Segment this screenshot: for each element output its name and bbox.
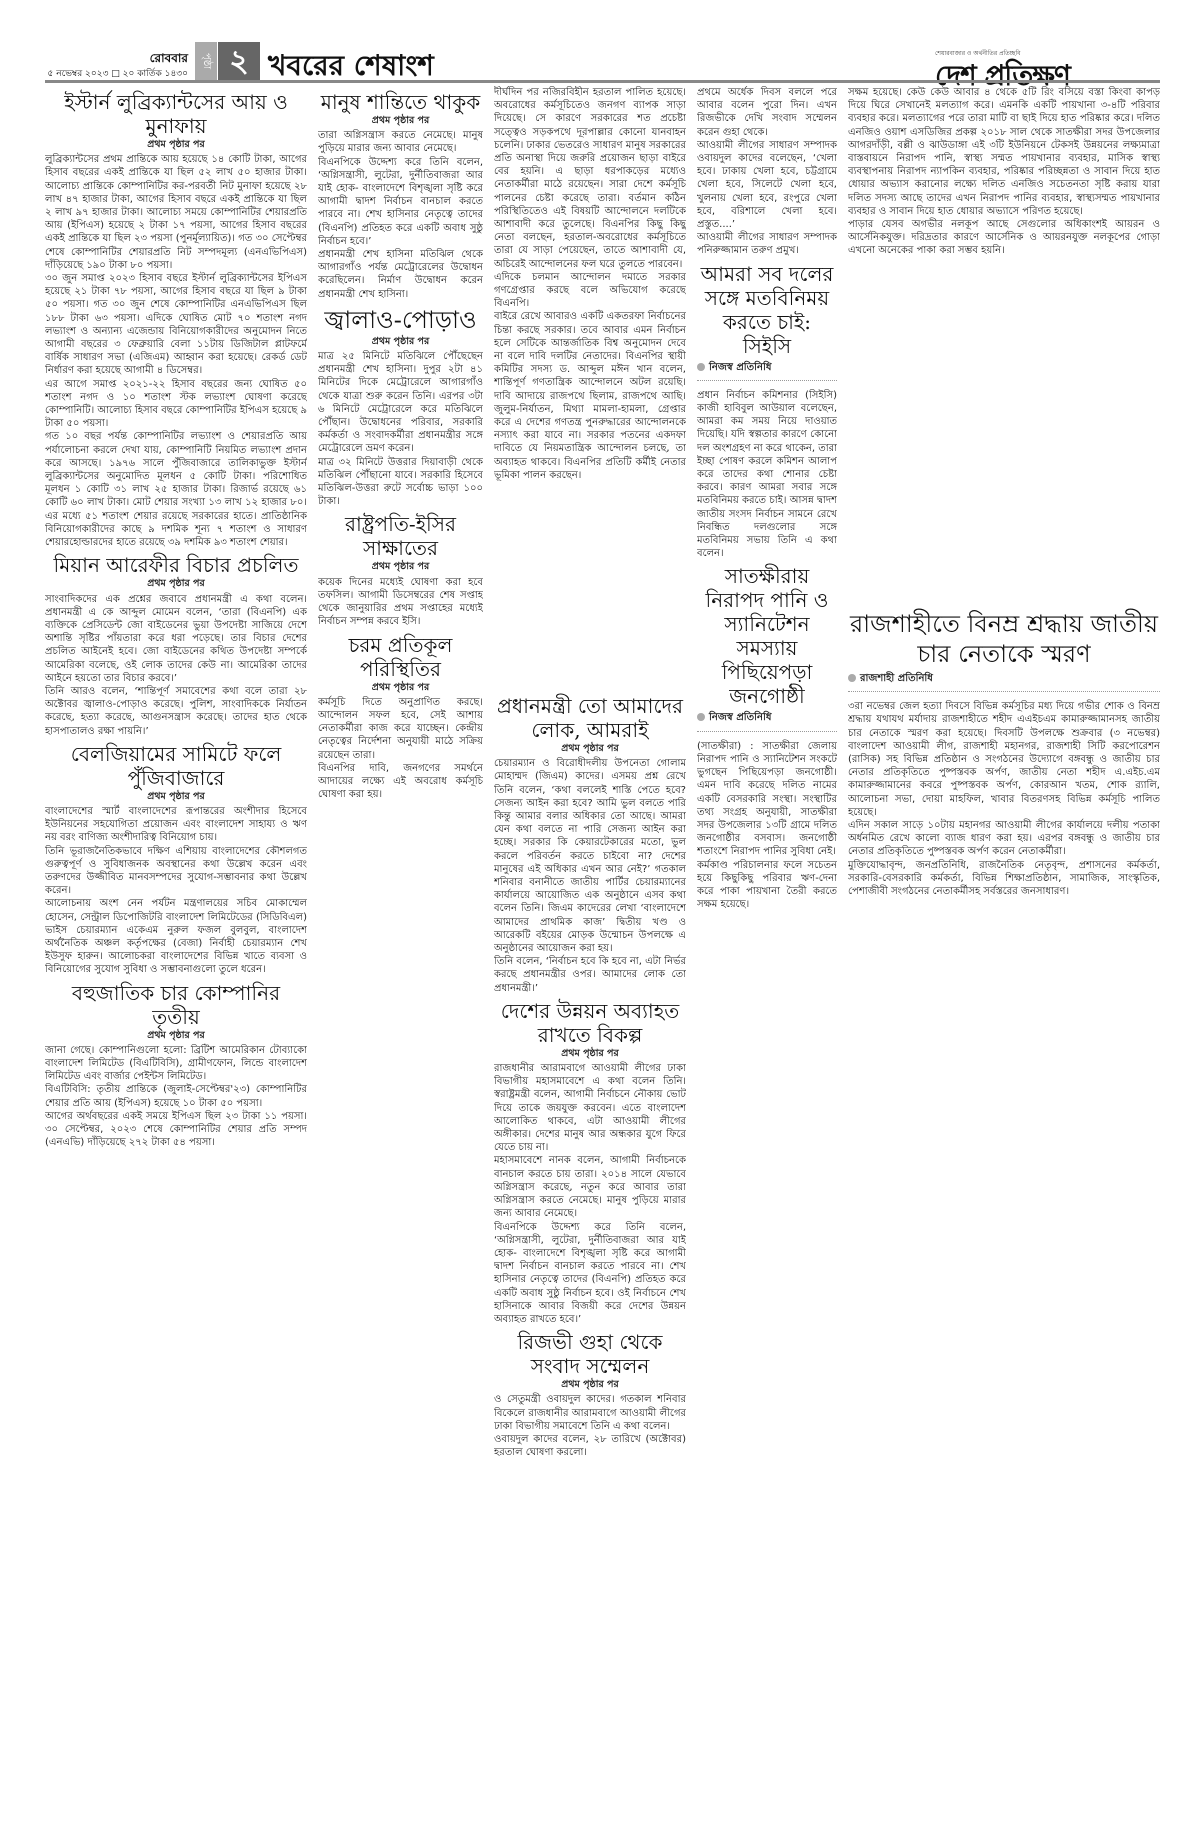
headline: সাতক্ষীরায় নিরাপদ পানি ও স্যানিটেশন সমস… — [697, 564, 837, 708]
bullet-icon — [697, 363, 705, 371]
byline-text: নিজস্ব প্রতিনিধি — [709, 362, 771, 373]
article-eastern-lubricants: ইস্টার্ন লুব্রিক্যান্টসের আয় ও মুনাফায়… — [45, 90, 307, 549]
article-rizvi: রিজভী গুহা থেকে সংবাদ সম্মেলন প্রথম পৃষ্… — [494, 1330, 686, 1459]
headline: বেলজিয়ামের সামিটে ফলে পুঁজিবাজারে — [45, 742, 307, 790]
kicker: প্রথম পৃষ্ঠার পর — [45, 1029, 307, 1042]
kicker: প্রথম পৃষ্ঠার পর — [318, 560, 483, 573]
paragraph: মাত্র ৩২ মিনিটে উত্তরার দিয়াবাড়ী থেকে … — [318, 456, 483, 509]
paragraph: (সাতক্ষীরা) : সাতক্ষীরা জেলায় নিরাপদ পা… — [697, 740, 837, 859]
article-belgium-summit: বেলজিয়ামের সামিটে ফলে পুঁজিবাজারে প্রথম… — [45, 742, 307, 977]
paragraph: বিএনপির দাবি, জনগণের সমর্থনে আদায়ের লক্… — [318, 762, 483, 802]
divider — [848, 691, 1160, 692]
paragraph: সক্ষম হয়েছে। কেউ কেউ আবার ৪ থেকে ৫টি রি… — [848, 86, 1160, 218]
headline: ইস্টার্ন লুব্রিক্যান্টসের আয় ও মুনাফায় — [45, 90, 307, 138]
kicker: প্রথম পৃষ্ঠার পর — [318, 681, 483, 694]
masthead: রোববার ৫ নভেম্বর ২০২৩ □ ২০ কার্তিক ১৪৩০ … — [0, 0, 1200, 80]
kicker: প্রথম পৃষ্ঠার পর — [318, 335, 483, 348]
paragraph: লুব্রিক্যান্টসের প্রথম প্রান্তিকে আয় হয… — [45, 153, 307, 272]
byline: নিজস্ব প্রতিনিধি — [697, 711, 837, 724]
byline: রাজশাহী প্রতিনিধি — [848, 672, 1160, 685]
paragraph: বিএনপিকে উদ্দেশ্য করে তিনি বলেন, ‘অগ্নিস… — [494, 1221, 686, 1327]
headline: জ্বালাও-পোড়াও — [318, 305, 483, 335]
column-5-top: সক্ষম হয়েছে। কেউ কেউ আবার ৪ থেকে ৫টি রি… — [848, 86, 1160, 686]
article-rajshahi: রাজশাহীতে বিনম্র শ্রদ্ধায় জাতীয় চার নে… — [848, 609, 1160, 898]
paragraph: কর্মসূচি দিতে অনুপ্রাণিত করছে। আন্দোলন স… — [318, 696, 483, 762]
byline: নিজস্ব প্রতিনিধি — [697, 361, 837, 374]
paragraph: তিনি আরও বলেন, ‘শান্তিপূর্ণ সমাবেশের কথা… — [45, 685, 307, 738]
headline: আমরা সব দলের সঙ্গে মতবিনিময় করতে চাই: স… — [697, 262, 837, 358]
column-3-top: দীর্ঘদিন পর নজিরবিহীন হরতাল পালিত হয়েছে… — [494, 86, 686, 686]
bullet-icon — [697, 713, 705, 721]
issue-date: ৫ নভেম্বর ২০২৩ □ ২০ কার্তিক ১৪৩০ — [48, 66, 188, 81]
headline: রাষ্ট্রপতি-ইসির সাক্ষাতের — [318, 512, 483, 560]
paragraph: বাংলাদেশের স্মার্ট বাংলাদেশের রূপান্তরের… — [45, 805, 307, 845]
headline: প্রধানমন্ত্রী তো আমাদের লোক, আমরাই — [494, 694, 686, 742]
column-4: প্রথমে অর্ধেক দিবস বললে পরে আবার বলেন পু… — [697, 86, 837, 1836]
paragraph: মাত্র ২৫ মিনিটে মতিঝিলে পৌঁছেছেন প্রধানম… — [318, 350, 483, 456]
article-cec: আমরা সব দলের সঙ্গে মতবিনিময় করতে চাই: স… — [697, 262, 837, 561]
kicker: প্রথম পৃষ্ঠার পর — [494, 742, 686, 755]
paragraph: আলোচনায় অংশ নেন পর্যটন মন্ত্রণালয়ের সচ… — [45, 897, 307, 976]
article-development: দেশের উন্নয়ন অব্যাহত রাখতে বিকল্প প্রথম… — [494, 999, 686, 1326]
paragraph: তিনি বলেন, ‘নির্বাচন হবে কি হবে না, এটা … — [494, 955, 686, 995]
divider — [697, 380, 837, 381]
article-multinational-companies: বহুজাতিক চার কোম্পানির তৃতীয় প্রথম পৃষ্… — [45, 981, 307, 1150]
divider — [697, 731, 837, 732]
paragraph: কর্মকাণ্ড পরিচালনার ফলে সচেতন হয়ে কিছুক… — [697, 859, 837, 912]
paragraph: বিএটিবিসি: তৃতীয় প্রান্তিকে (জুলাই-সেপ্… — [45, 1083, 307, 1109]
section-title: খবরের শেষাংশ — [268, 44, 434, 91]
paragraph: রাজধানীর আরামবাগে আওয়ামী লীগের ঢাকা বিভ… — [494, 1062, 686, 1154]
paragraph: এদিকে চলমান আন্দোলন দমাতে সরকার গণগ্রেপ্… — [494, 271, 686, 311]
kicker: প্রথম পৃষ্ঠার পর — [45, 138, 307, 151]
paragraph: জানা গেছে। কোম্পানিগুলো হলো: ব্রিটিশ আমে… — [45, 1044, 307, 1084]
header-rule — [45, 80, 1160, 83]
column-1: ইস্টার্ন লুব্রিক্যান্টসের আয় ও মুনাফায়… — [45, 86, 307, 1836]
article-miyan-arefi: মিয়ান আরেফীর বিচার প্রচলিত প্রথম পৃষ্ঠা… — [45, 553, 307, 737]
paragraph: ও সেতুমন্ত্রী ওবায়দুল কাদের। গতকাল শনিব… — [494, 1393, 686, 1433]
paragraph: প্রধানমন্ত্রী শেখ হাসিনা মতিঝিল থেকে আগা… — [318, 248, 483, 301]
headline: দেশের উন্নয়ন অব্যাহত রাখতে বিকল্প — [494, 999, 686, 1047]
byline-text: রাজশাহী প্রতিনিধি — [860, 673, 933, 684]
paragraph: আওয়ামী লীগের সাধারণ সম্পাদক পনিরুজ্জামা… — [697, 231, 837, 257]
article-adverse-situation: চরম প্রতিকূল পরিস্থিতির প্রথম পৃষ্ঠার পর… — [318, 633, 483, 802]
kicker: প্রথম পৃষ্ঠার পর — [45, 790, 307, 803]
article-president-ec: রাষ্ট্রপতি-ইসির সাক্ষাতের প্রথম পৃষ্ঠার … — [318, 512, 483, 628]
paragraph: তিনি ভূরাজনৈতিকভাবে দক্ষিণ এশিয়ায় বাংল… — [45, 845, 307, 898]
article-khela-hobe: প্রথমে অর্ধেক দিবস বললে পরে আবার বলেন পু… — [697, 86, 837, 258]
kicker: প্রথম পৃষ্ঠার পর — [318, 114, 483, 127]
headline: মানুষ শান্তিতে থাকুক — [318, 90, 483, 114]
page-label: পৃষ্ঠা — [195, 42, 217, 80]
paragraph: এদিন সকাল সাড়ে ১০টায় মহানগর আওয়ামী লী… — [848, 819, 1160, 859]
paragraph: ৩০ জুন সমাপ্ত ২০২৩ হিসাব বছরে ইস্টার্ন ল… — [45, 272, 307, 378]
headline: বহুজাতিক চার কোম্পানির তৃতীয় — [45, 981, 307, 1029]
paragraph: এর আগে সমাপ্ত ২০২১-২২ হিসাব বছরের জন্য ঘ… — [45, 378, 307, 431]
paragraph: চেয়ারম্যান ও বিরোধীদলীয় উপনেতা গোলাম ম… — [494, 757, 686, 955]
column-3-bottom: প্রধানমন্ত্রী তো আমাদের লোক, আমরাই প্রথম… — [494, 690, 686, 1840]
paragraph: পাড়ার যেসব অগভীর নলকূপ আছে সেগুলোর অধিক… — [848, 218, 1160, 258]
headline: রাজশাহীতে বিনম্র শ্রদ্ধায় জাতীয় চার নে… — [848, 609, 1160, 669]
paragraph: প্রথমে অর্ধেক দিবস বললে পরে আবার বলেন পু… — [697, 86, 837, 139]
paragraph: বাইরে রেখে আবারও একটি একতরফা নির্বাচনের … — [494, 310, 686, 482]
paragraph: তারা অগ্নিসন্ত্রাস করতে নেমেছে। মানুষ পু… — [318, 129, 483, 155]
paragraph: গত ১০ বছর পর্যন্ত কোম্পানিটির লভ্যাংশ ও … — [45, 430, 307, 549]
headline: মিয়ান আরেফীর বিচার প্রচলিত — [45, 553, 307, 577]
paragraph: বিএনপিকে উদ্দেশ্য করে তিনি বলেন, ‘অগ্নিস… — [318, 156, 483, 248]
article-jalao-porao: জ্বালাও-পোড়াও প্রথম পৃষ্ঠার পর মাত্র ২৫… — [318, 305, 483, 509]
paragraph: কয়েক দিনের মধ্যেই ঘোষণা করা হবে তফসিল। … — [318, 576, 483, 629]
paragraph: আগের অর্থবছরের একই সময়ে ইপিএস ছিল ২৩ টা… — [45, 1110, 307, 1150]
byline-text: নিজস্ব প্রতিনিধি — [709, 712, 771, 723]
paragraph: আওয়ামী লীগের সাধারণ সম্পাদক ওবায়দুল কা… — [697, 139, 837, 231]
article-satkhira-continued: সক্ষম হয়েছে। কেউ কেউ আবার ৪ থেকে ৫টি রি… — [848, 86, 1160, 258]
article-hartal: দীর্ঘদিন পর নজিরবিহীন হরতাল পালিত হয়েছে… — [494, 86, 686, 482]
kicker: প্রথম পৃষ্ঠার পর — [45, 577, 307, 590]
paragraph: মুক্তিযোদ্ধাবৃন্দ, জনপ্রতিনিধি, রাজনৈতিক… — [848, 859, 1160, 899]
kicker: প্রথম পৃষ্ঠার পর — [494, 1378, 686, 1391]
article-manush-shanti: মানুষ শান্তিতে থাকুক প্রথম পৃষ্ঠার পর তা… — [318, 90, 483, 301]
bullet-icon — [848, 674, 856, 682]
column-5-bottom: রাজশাহীতে বিনম্র শ্রদ্ধায় জাতীয় চার নে… — [848, 605, 1160, 1835]
headline: চরম প্রতিকূল পরিস্থিতির — [318, 633, 483, 681]
paragraph: মহাসমাবেশে নানক বলেন, আগামী নির্বাচনকে ব… — [494, 1154, 686, 1220]
column-2: মানুষ শান্তিতে থাকুক প্রথম পৃষ্ঠার পর তা… — [318, 86, 483, 1836]
paragraph: ওবায়দুল কাদের বলেন, ২৮ তারিখে (অক্টোবর)… — [494, 1433, 686, 1459]
page-number: ২ — [218, 42, 260, 80]
headline: রিজভী গুহা থেকে সংবাদ সম্মেলন — [494, 1330, 686, 1378]
paragraph: ৩রা নভেম্বর জেল হত্যা দিবসে বিভিন্ন কর্ম… — [848, 700, 1160, 819]
article-satkhira: সাতক্ষীরায় নিরাপদ পানি ও স্যানিটেশন সমস… — [697, 564, 837, 911]
kicker: প্রথম পৃষ্ঠার পর — [494, 1047, 686, 1060]
paragraph: সাংবাদিকদের এক প্রশ্নের জবাবে প্রধানমন্ত… — [45, 593, 307, 685]
paragraph: প্রধান নির্বাচন কমিশনার (সিইসি) কাজী হাব… — [697, 389, 837, 561]
article-pm-our-people: প্রধানমন্ত্রী তো আমাদের লোক, আমরাই প্রথম… — [494, 694, 686, 995]
paragraph: দীর্ঘদিন পর নজিরবিহীন হরতাল পালিত হয়েছে… — [494, 86, 686, 271]
